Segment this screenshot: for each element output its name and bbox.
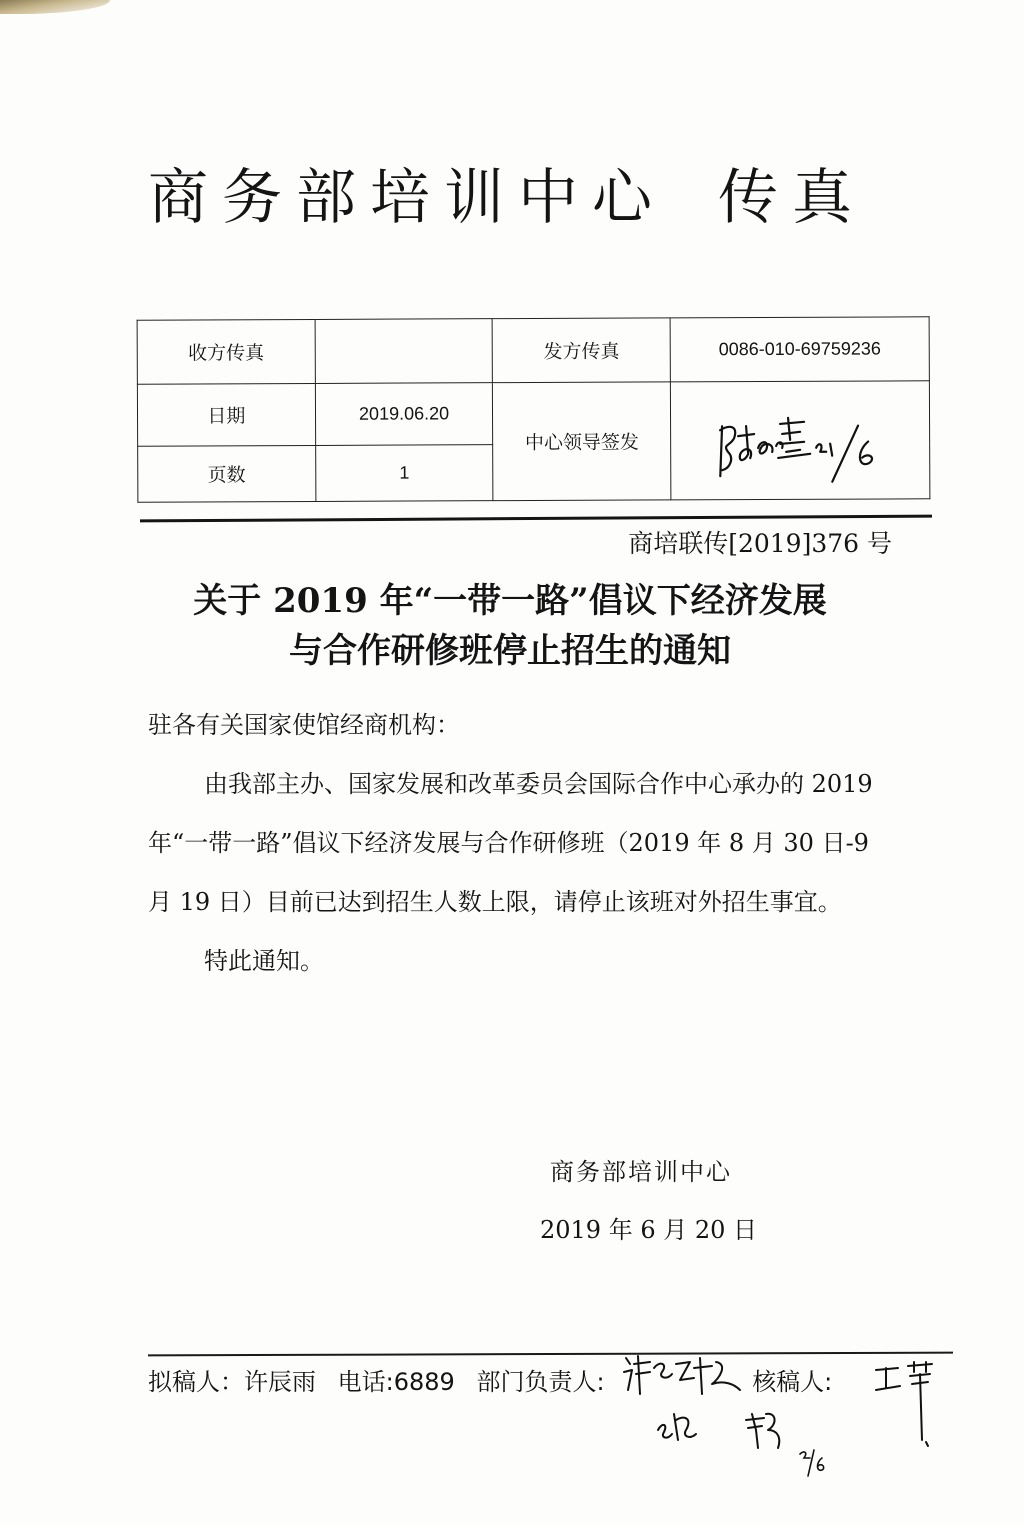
body-paragraph: 由我部主办、国家发展和改革委员会国际合作中心承办的 2019 年“一带一路”倡议… — [148, 755, 878, 932]
phone-value: 6889 — [394, 1368, 455, 1396]
handwritten-reviewer-signature-icon — [872, 1360, 942, 1450]
signature-org: 商务部培训中心 — [550, 1152, 732, 1187]
signature-date: 2019 年 6 月 20 日 — [540, 1210, 757, 1245]
approval-signature — [670, 381, 929, 500]
notice-body: 驻各有关国家使馆经商机构： 由我部主办、国家发展和改革委员会国际合作中心承办的 … — [148, 696, 878, 991]
approval-label: 中心领导签发 — [493, 382, 671, 501]
recipient-fax-value — [315, 319, 493, 384]
salutation: 驻各有关国家使馆经商机构： — [148, 696, 878, 755]
drafter-label: 拟稿人： — [148, 1368, 244, 1396]
scan-corner-shadow — [0, 0, 110, 14]
sender-fax-label: 发方传真 — [493, 318, 671, 383]
closing-line: 特此通知。 — [148, 932, 878, 991]
org-title: 商务部培训中心 — [148, 163, 666, 233]
date-value: 2019.06.20 — [315, 383, 493, 446]
fax-header-table: 收方传真 发方传真 0086-010-69759236 日期 2019.06.2… — [137, 316, 931, 502]
handwritten-approval-marks-icon — [652, 1400, 852, 1480]
footer-info: 拟稿人：许辰雨 电话:6889 部门负责人: 核稿人: — [148, 1362, 846, 1397]
recipient-fax-label: 收方传真 — [137, 319, 315, 384]
drafter: 拟稿人：许辰雨 — [148, 1368, 316, 1396]
dept-head-label: 部门负责人: — [476, 1368, 604, 1396]
fax-title: 商务部培训中心传真 — [148, 158, 908, 238]
header-divider — [140, 515, 932, 523]
handwritten-signature-icon — [700, 395, 900, 486]
document-number: 商培联传[2019]376 号 — [628, 524, 892, 560]
date-label: 日期 — [137, 383, 315, 446]
pages-label: 页数 — [138, 445, 316, 502]
notice-title-line1: 关于 2019 年“一带一路”倡议下经济发展 — [140, 576, 880, 626]
sender-fax-value: 0086-010-69759236 — [670, 317, 929, 382]
drafter-name: 许辰雨 — [244, 1368, 316, 1396]
pages-value: 1 — [315, 445, 493, 502]
phone-label: 电话: — [338, 1368, 394, 1396]
reviewer-label: 核稿人: — [752, 1368, 832, 1396]
doc-type: 传真 — [718, 163, 866, 233]
footer-divider — [148, 1352, 953, 1357]
notice-title: 关于 2019 年“一带一路”倡议下经济发展 与合作研修班停止招生的通知 — [140, 576, 880, 676]
phone: 电话:6889 — [338, 1368, 455, 1396]
notice-title-line2: 与合作研修班停止招生的通知 — [140, 626, 880, 676]
